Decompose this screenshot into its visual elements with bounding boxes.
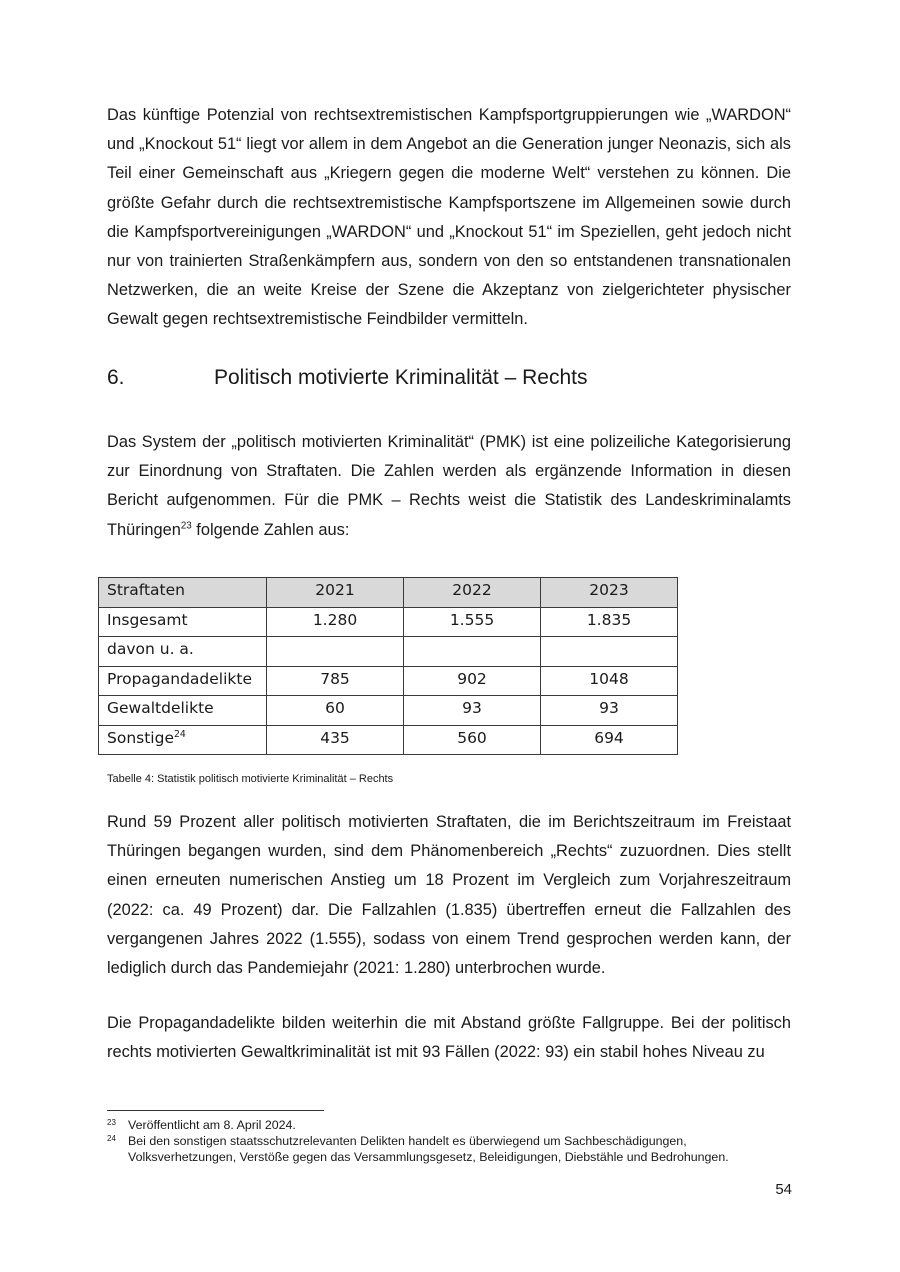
paragraph-pmk-intro: Das System der „politisch motivierten Kr… [107, 428, 791, 545]
table-cell: 785 [267, 666, 404, 696]
footnote-text: Veröffentlicht am 8. April 2024. [128, 1117, 791, 1133]
pmk-statistics-table: Straftaten 2021 2022 2023 Insgesamt1.280… [98, 577, 678, 755]
row-label-text: Insgesamt [107, 611, 188, 629]
row-label: davon u. a. [99, 637, 267, 667]
table-cell: 1048 [541, 666, 678, 696]
row-label: Insgesamt [99, 607, 267, 637]
row-label: Propagandadelikte [99, 666, 267, 696]
row-label-text: davon u. a. [107, 640, 194, 658]
table-cell [267, 637, 404, 667]
table-cell: 93 [541, 696, 678, 726]
table-cell: 60 [267, 696, 404, 726]
document-page: Das künftige Potenzial von rechtsextremi… [0, 0, 900, 1272]
row-label-text: Sonstige [107, 729, 174, 747]
footnote-number: 23 [107, 1117, 128, 1133]
table-cell: 902 [404, 666, 541, 696]
table-row: Propagandadelikte7859021048 [99, 666, 678, 696]
row-label: Sonstige24 [99, 725, 267, 755]
row-label-text: Gewaltdelikte [107, 699, 214, 717]
table-row: Sonstige24435560694 [99, 725, 678, 755]
table-row: Insgesamt1.2801.5551.835 [99, 607, 678, 637]
table-cell: 93 [404, 696, 541, 726]
footnote-ref-24[interactable]: 24 [174, 728, 186, 739]
column-header: 2022 [404, 578, 541, 608]
footnote-divider [107, 1110, 324, 1111]
table-cell [404, 637, 541, 667]
table-row: Gewaltdelikte609393 [99, 696, 678, 726]
column-header: 2023 [541, 578, 678, 608]
column-header: Straftaten [99, 578, 267, 608]
paragraph-analysis: Rund 59 Prozent aller politisch motivier… [107, 808, 791, 983]
paragraph-propaganda: Die Propagandadelikte bilden weiterhin d… [107, 1009, 791, 1067]
table-header-row: Straftaten 2021 2022 2023 [99, 578, 678, 608]
section-title: Politisch motivierte Kriminalität – Rech… [214, 366, 587, 390]
footnote-number: 24 [107, 1133, 128, 1165]
page-number: 54 [775, 1181, 792, 1198]
footnote-text: Bei den sonstigen staatsschutzrelevanten… [128, 1133, 791, 1165]
table-cell: 694 [541, 725, 678, 755]
table-cell: 560 [404, 725, 541, 755]
row-label-text: Propagandadelikte [107, 670, 252, 688]
table-cell: 1.835 [541, 607, 678, 637]
row-label: Gewaltdelikte [99, 696, 267, 726]
paragraph-kampfsport: Das künftige Potenzial von rechtsextremi… [107, 101, 791, 335]
table-row: davon u. a. [99, 637, 678, 667]
footnote-24: 24 Bei den sonstigen staatsschutzrelevan… [107, 1133, 791, 1165]
table-cell: 1.280 [267, 607, 404, 637]
table-cell: 1.555 [404, 607, 541, 637]
footnote-ref-23[interactable]: 23 [181, 520, 192, 531]
table-caption: Tabelle 4: Statistik politisch motiviert… [107, 773, 393, 785]
section-heading: 6. Politisch motivierte Kriminalität – R… [107, 366, 587, 390]
footnotes: 23 Veröffentlicht am 8. April 2024. 24 B… [107, 1117, 791, 1165]
table-cell: 435 [267, 725, 404, 755]
column-header: 2021 [267, 578, 404, 608]
footnote-23: 23 Veröffentlicht am 8. April 2024. [107, 1117, 791, 1133]
section-number: 6. [107, 366, 214, 390]
paragraph-text: folgende Zahlen aus: [192, 521, 350, 539]
table-cell [541, 637, 678, 667]
